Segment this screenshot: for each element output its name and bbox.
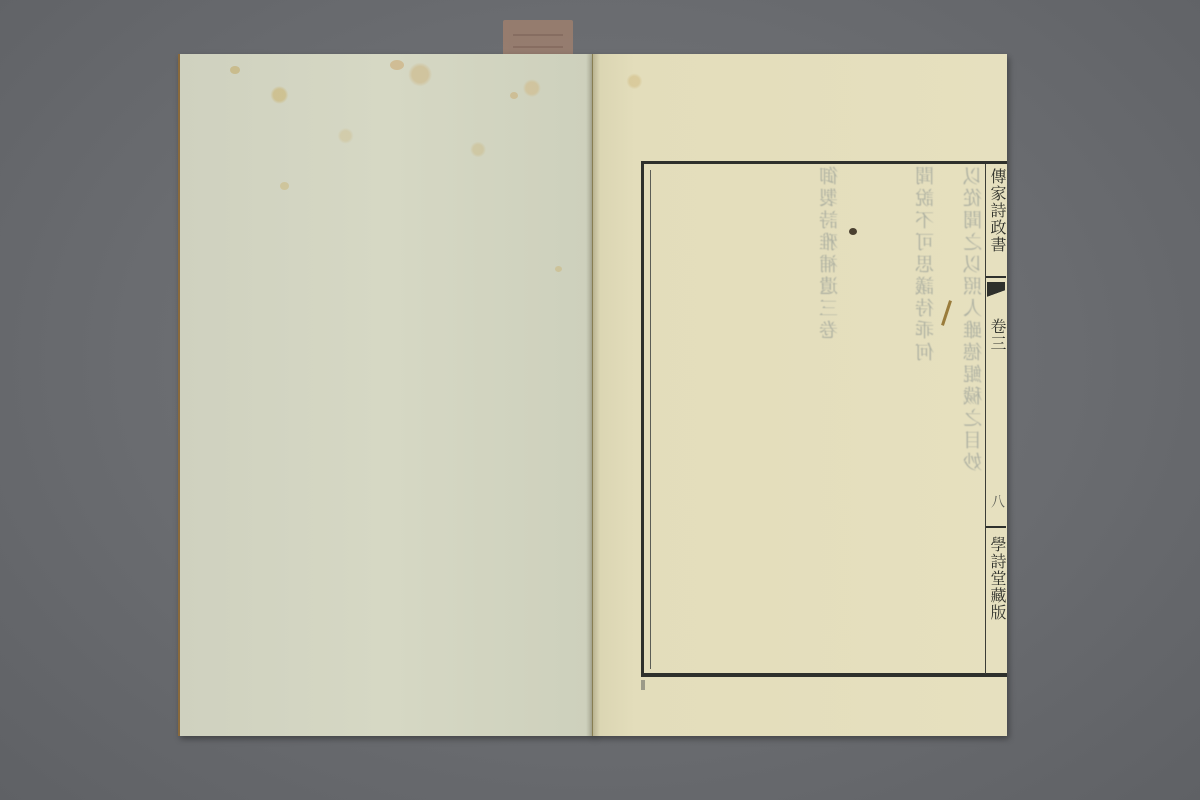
foxing-spot [510,92,518,99]
ink-spot [849,228,857,235]
bleed-column [867,166,889,666]
left-page [178,54,594,736]
bleed-column: 聞說不可思議待乖何 [915,166,937,666]
book-gutter [586,54,600,736]
margin-rule [986,276,1006,278]
book-title: 傳家詩政書 [988,168,1006,253]
bleed-column: 以從聞之以照人雖德鯤穢之目妙 [963,166,985,666]
margin-strip: 傳家詩政書 卷三 八 學詩堂藏版 [985,164,1005,674]
bleed-column: 御製詩雅補遺三卷 [819,166,841,666]
frame-tick-mark [641,680,645,690]
foxing-spot [230,66,240,74]
publisher-label: 學詩堂藏版 [988,536,1006,621]
tab-label-line [513,34,563,36]
volume-label: 卷三 [988,318,1006,352]
right-page: 以從聞之以照人雖德鯤穢之目妙 聞說不可思議待乖何 御製詩雅補遺三卷 傳家詩政書 … [592,54,1007,736]
foxing-spot [390,60,404,70]
margin-rule [986,526,1006,528]
tab-label-line [513,46,563,48]
page-number: 八 [988,494,1006,509]
fishtail-mark [987,282,1005,308]
foxing-spot [555,266,562,272]
foxing-spot [280,182,289,190]
bleed-through-text: 以從聞之以照人雖德鯤穢之目妙 聞說不可思議待乖何 御製詩雅補遺三卷 [655,166,985,666]
